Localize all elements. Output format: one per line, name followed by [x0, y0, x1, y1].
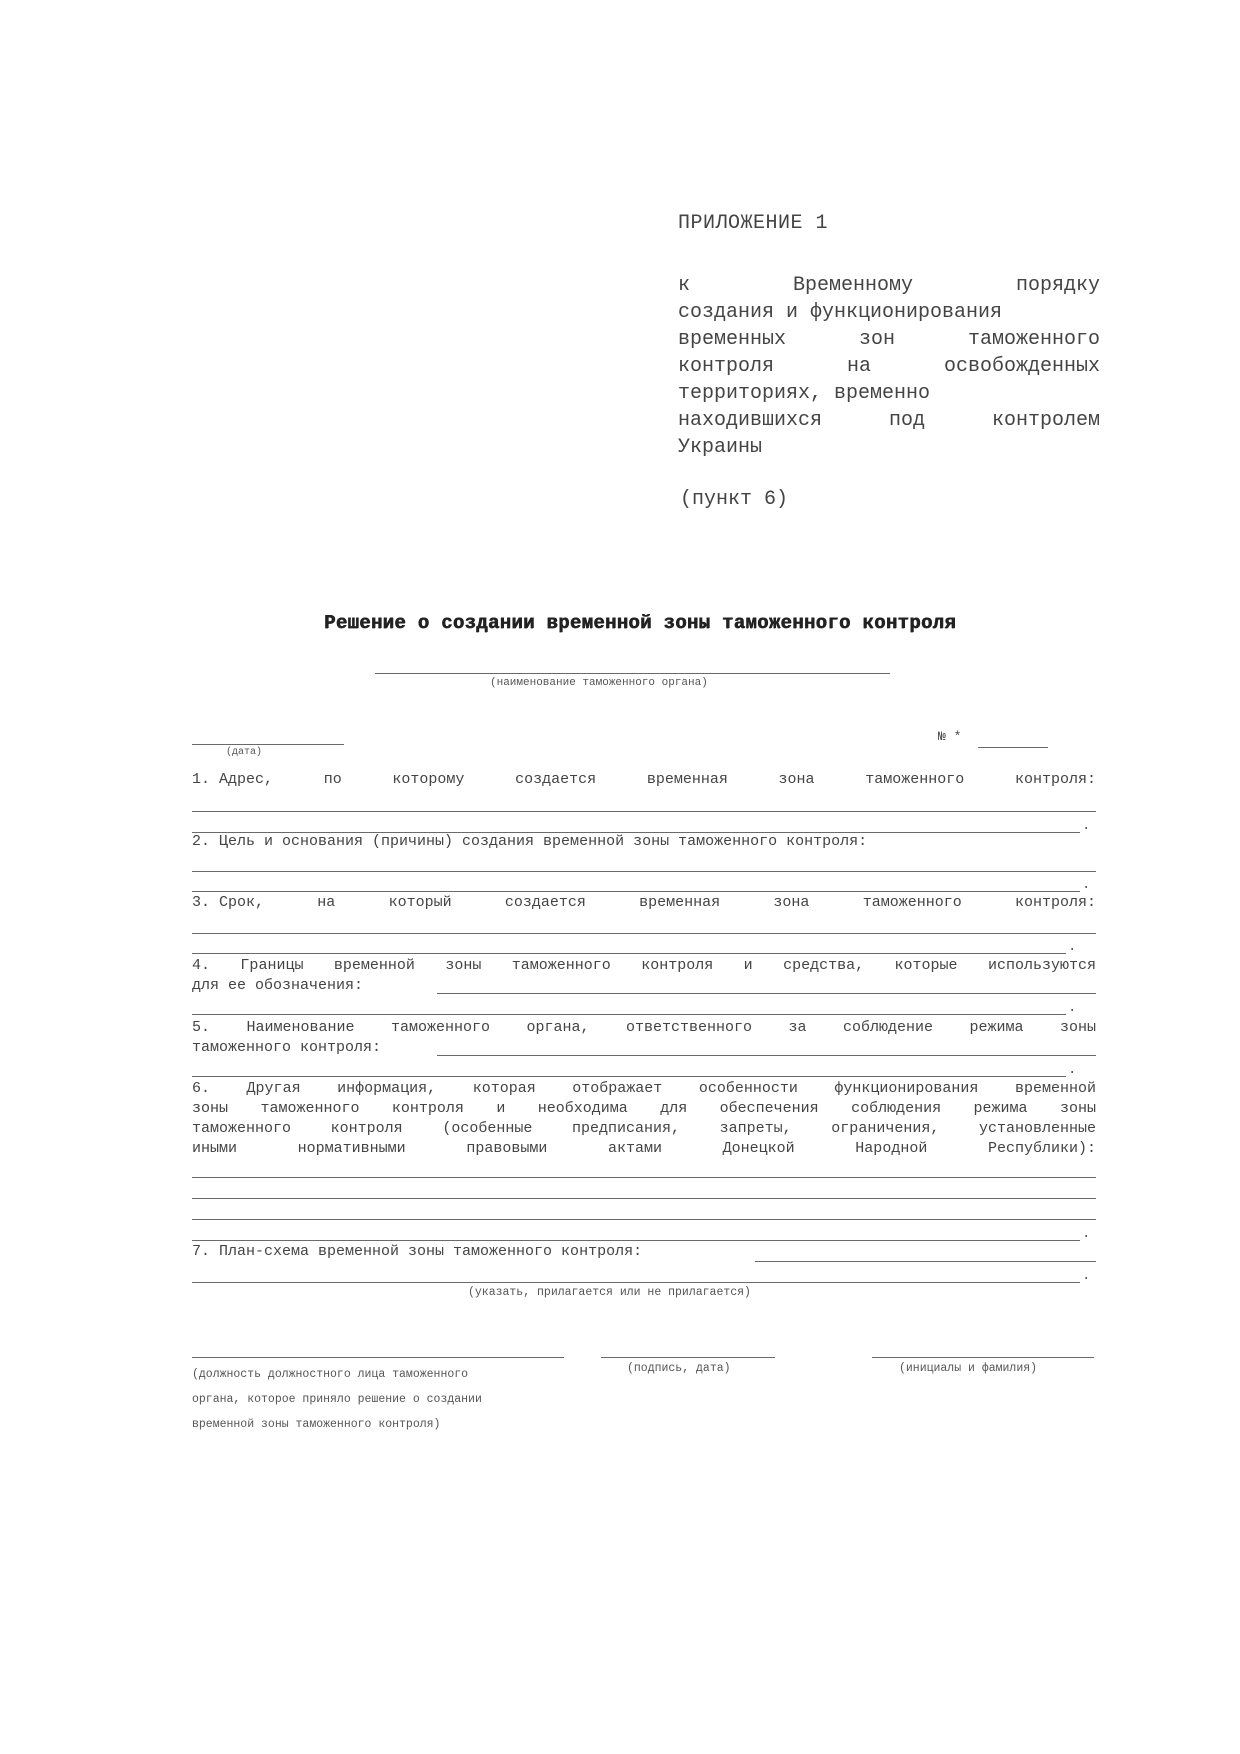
appendix-line: создания и функционирования	[678, 299, 1100, 326]
customs-body-field[interactable]	[375, 673, 890, 674]
appendix-line: территориях, временно	[678, 380, 1100, 407]
period: .	[1068, 1000, 1076, 1016]
period: .	[1068, 1062, 1076, 1078]
section-3-label: 3. Срок, на который создается временная …	[192, 894, 1096, 911]
section-4-field-line[interactable]	[192, 1014, 1066, 1015]
period: .	[1082, 877, 1090, 893]
section-6-field-line[interactable]	[192, 1198, 1096, 1199]
date-caption: (дата)	[226, 747, 262, 758]
signature-caption: (подпись, дата)	[627, 1362, 731, 1375]
section-6-field-line[interactable]	[192, 1240, 1080, 1241]
section-3-field-line[interactable]	[192, 933, 1096, 934]
section-7-field-line[interactable]	[192, 1282, 1080, 1283]
section-2-field-line[interactable]	[192, 891, 1080, 892]
appendix-line: контроля на освобожденных	[678, 353, 1100, 380]
signature-field[interactable]	[601, 1357, 775, 1358]
date-field[interactable]	[192, 744, 344, 745]
section-6-field-line[interactable]	[192, 1177, 1096, 1178]
section-7-label: 7. План-схема временной зоны таможенного…	[192, 1243, 1096, 1260]
section-7-field-line[interactable]	[755, 1261, 1096, 1262]
section-5-field-line[interactable]	[192, 1076, 1066, 1077]
section-5-field-line[interactable]	[437, 1055, 1096, 1056]
number-field[interactable]	[978, 747, 1048, 748]
name-field[interactable]	[872, 1357, 1094, 1358]
appendix-line: к Временному порядку	[678, 272, 1100, 299]
section-4-field-line[interactable]	[437, 993, 1096, 994]
section-6-field-line[interactable]	[192, 1219, 1096, 1220]
section-2-label: 2. Цель и основания (причины) создания в…	[192, 833, 1096, 850]
section-6-label: 6. Другая информация, которая отображает…	[192, 1079, 1096, 1159]
appendix-title: ПРИЛОЖЕНИЕ 1	[678, 212, 828, 235]
period: .	[1082, 818, 1090, 834]
section-4-label: 4. Границы временной зоны таможенного ко…	[192, 956, 1096, 996]
period: .	[1082, 1268, 1090, 1284]
position-caption: (должность должностного лица таможенного…	[192, 1362, 572, 1437]
appendix-reference: к Временному порядку создания и функцион…	[678, 272, 1100, 461]
customs-body-caption: (наименование таможенного органа)	[490, 677, 708, 689]
section-1-field-line[interactable]	[192, 811, 1096, 812]
appendix-point: (пункт 6)	[680, 488, 788, 511]
appendix-line: временных зон таможенного	[678, 326, 1100, 353]
appendix-line: находившихся под контролем	[678, 407, 1100, 434]
number-label: № *	[938, 729, 961, 744]
period: .	[1082, 1226, 1090, 1242]
section-5-label: 5. Наименование таможенного органа, отве…	[192, 1018, 1096, 1058]
name-caption: (инициалы и фамилия)	[899, 1362, 1037, 1375]
appendix-line: Украины	[678, 434, 1100, 461]
period: .	[1068, 939, 1076, 955]
position-field[interactable]	[192, 1357, 564, 1358]
section-2-field-line[interactable]	[192, 871, 1096, 872]
section-1-label: 1. Адрес, по которому создается временна…	[192, 771, 1096, 788]
section-7-caption: (указать, прилагается или не прилагается…	[468, 1286, 751, 1299]
document-title: Решение о создании временной зоны таможе…	[240, 612, 1040, 634]
section-3-field-line[interactable]	[192, 953, 1066, 954]
